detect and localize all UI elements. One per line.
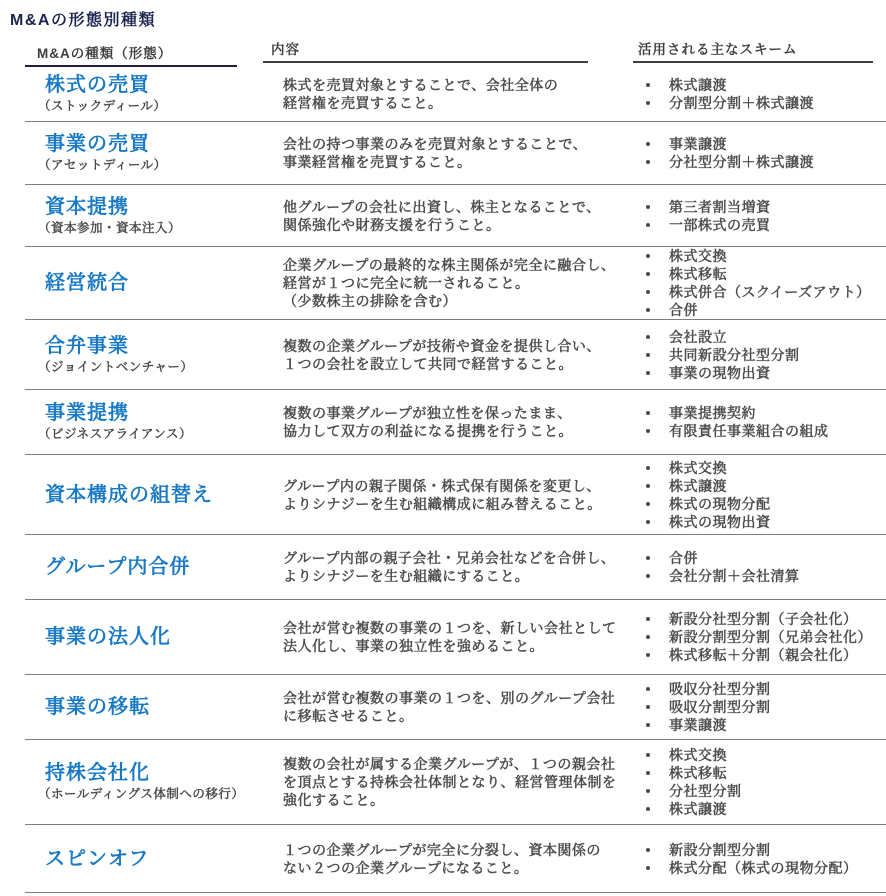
ma-type-subtitle: （ビジネスアライアンス） bbox=[38, 426, 263, 443]
scheme-label: 会社分割＋会社清算 bbox=[669, 567, 800, 585]
scheme-item: 株式の現物出資 bbox=[646, 513, 886, 531]
table-body: 株式の売買 （ストックディール） 株式を売買対象とすることで、会社全体の 経営権… bbox=[25, 67, 886, 893]
scheme-item: 株式譲渡 bbox=[646, 477, 886, 495]
scheme-item: 株式分配（株式の現物分配） bbox=[646, 859, 886, 877]
scheme-item: 事業譲渡 bbox=[646, 716, 886, 734]
scheme-label: 一部株式の売買 bbox=[669, 216, 771, 234]
column-header-description-label: 内容 bbox=[271, 38, 300, 58]
scheme-item: 株式交換 bbox=[646, 247, 886, 265]
bullet-icon bbox=[646, 142, 650, 146]
scheme-label: 株式併合（スクイーズアウト） bbox=[669, 283, 871, 301]
bullet-icon bbox=[646, 502, 650, 506]
bullet-icon bbox=[646, 866, 650, 870]
ma-type-title: 資本構成の組替え bbox=[38, 483, 263, 507]
scheme-label: 株式譲渡 bbox=[669, 477, 727, 495]
scheme-item: 株式譲渡 bbox=[646, 76, 886, 94]
scheme-item: 分割型分割＋株式譲渡 bbox=[646, 94, 886, 112]
table-row: 事業の法人化 会社が営む複数の事業の１つを、新しい会社として 法人化し、事業の独… bbox=[25, 600, 886, 675]
table-header-row: M&Aの種類（形態） 内容 活用される主なスキーム bbox=[25, 40, 886, 67]
scheme-label: 事業譲渡 bbox=[669, 135, 727, 153]
ma-type-title: 株式の売買 bbox=[38, 73, 263, 97]
table-row: 合弁事業 （ジョイントベンチャー） 複数の企業グループが技術や資金を提供し合い、… bbox=[25, 320, 886, 390]
ma-type-title: 資本提携 bbox=[38, 195, 263, 219]
scheme-label: 株式譲渡 bbox=[669, 76, 727, 94]
schemes-list: 株式交換株式譲渡株式の現物分配株式の現物出資 bbox=[633, 459, 886, 531]
scheme-label: 株式交換 bbox=[669, 247, 727, 265]
table-row: 事業の売買 （アセットディール） 会社の持つ事業のみを売買対象とすることで、 事… bbox=[25, 122, 886, 185]
bullet-icon bbox=[646, 574, 650, 578]
table-row: 経営統合 企業グループの最終的な株主関係が完全に融合し、 経営が１つに完全に統一… bbox=[25, 247, 886, 320]
ma-type-title: 事業の法人化 bbox=[38, 625, 263, 649]
scheme-item: 株式交換 bbox=[646, 459, 886, 477]
scheme-item: 共同新設分社型分割 bbox=[646, 346, 886, 364]
table-row: 資本構成の組替え グループ内の親子関係・株式保有関係を変更し、 よりシナジーを生… bbox=[25, 455, 886, 535]
scheme-label: 株式移転 bbox=[669, 764, 727, 782]
bullet-icon bbox=[646, 308, 650, 312]
bullet-icon bbox=[646, 520, 650, 524]
table-row: 持株会社化 （ホールディングス体制への移行） 複数の会社が属する企業グループが、… bbox=[25, 740, 886, 825]
page-title: M&Aの形態別種類 bbox=[10, 7, 156, 30]
ma-type-cell: グループ内合併 bbox=[25, 555, 263, 579]
schemes-list: 株式交換株式移転株式併合（スクイーズアウト）合併 bbox=[633, 247, 886, 319]
ma-type-cell: 事業の法人化 bbox=[25, 625, 263, 649]
schemes-list: 会社設立共同新設分社型分割事業の現物出資 bbox=[633, 328, 886, 382]
ma-type-title: 合弁事業 bbox=[38, 334, 263, 358]
table-row: 資本提携 （資本参加・資本注入） 他グループの会社に出資し、株主となることで、 … bbox=[25, 185, 886, 247]
scheme-item: 会社分割＋会社清算 bbox=[646, 567, 886, 585]
schemes-list: 事業譲渡分社型分割＋株式譲渡 bbox=[633, 135, 886, 171]
scheme-item: 一部株式の売買 bbox=[646, 216, 886, 234]
column-header-schemes: 活用される主なスキーム bbox=[633, 40, 873, 63]
scheme-item: 分社型分割＋株式譲渡 bbox=[646, 153, 886, 171]
schemes-list: 株式譲渡分割型分割＋株式譲渡 bbox=[633, 76, 886, 112]
bullet-icon bbox=[646, 254, 650, 258]
schemes-list: 株式交換株式移転分社型分割株式譲渡 bbox=[633, 746, 886, 818]
scheme-item: 新設分割型分割 bbox=[646, 841, 886, 859]
ma-type-cell: 合弁事業 （ジョイントベンチャー） bbox=[25, 334, 263, 376]
bullet-icon bbox=[646, 848, 650, 852]
scheme-label: 事業の現物出資 bbox=[669, 364, 771, 382]
ma-type-title: 事業の移転 bbox=[38, 695, 263, 719]
scheme-item: 株式の現物分配 bbox=[646, 495, 886, 513]
ma-type-cell: 経営統合 bbox=[25, 271, 263, 295]
table-row: グループ内合併 グループ内部の親子会社・兄弟会社などを合併し、 よりシナジーを生… bbox=[25, 535, 886, 600]
ma-type-cell: 事業の移転 bbox=[25, 695, 263, 719]
scheme-item: 株式移転 bbox=[646, 764, 886, 782]
schemes-list: 第三者割当増資一部株式の売買 bbox=[633, 198, 886, 234]
ma-type-subtitle: （ホールディングス体制への移行） bbox=[38, 786, 263, 803]
scheme-item: 第三者割当増資 bbox=[646, 198, 886, 216]
scheme-item: 合併 bbox=[646, 301, 886, 319]
ma-type-title: 事業提携 bbox=[38, 401, 263, 425]
bullet-icon bbox=[646, 753, 650, 757]
scheme-label: 新設分割型分割（兄弟会社化） bbox=[669, 628, 872, 646]
scheme-label: 第三者割当増資 bbox=[669, 198, 771, 216]
scheme-label: 株式の現物分配 bbox=[669, 495, 771, 513]
description-cell: 複数の会社が属する企業グループが、１つの親会社 を頂点とする持株会社体制となり、… bbox=[263, 755, 633, 809]
description-cell: 会社が営む複数の事業の１つを、新しい会社として 法人化し、事業の独立性を強めるこ… bbox=[263, 619, 633, 655]
bullet-icon bbox=[646, 205, 650, 209]
schemes-list: 吸収分社型分割吸収分割型分割事業譲渡 bbox=[633, 680, 886, 734]
bullet-icon bbox=[646, 617, 650, 621]
scheme-item: 株式併合（スクイーズアウト） bbox=[646, 283, 886, 301]
bullet-icon bbox=[646, 223, 650, 227]
bullet-icon bbox=[646, 272, 650, 276]
bullet-icon bbox=[646, 556, 650, 560]
description-cell: グループ内の親子関係・株式保有関係を変更し、 よりシナジーを生む組織構成に組み替… bbox=[263, 477, 633, 513]
description-cell: 複数の事業グループが独立性を保ったまま、 協力して双方の利益になる提携を行うこと… bbox=[263, 404, 633, 440]
scheme-item: 事業の現物出資 bbox=[646, 364, 886, 382]
scheme-label: 合併 bbox=[669, 549, 698, 567]
ma-type-title: 経営統合 bbox=[38, 271, 263, 295]
scheme-item: 吸収分社型分割 bbox=[646, 680, 886, 698]
scheme-item: 株式移転＋分割（親会社化） bbox=[646, 646, 886, 664]
scheme-item: 新設分割型分割（兄弟会社化） bbox=[646, 628, 886, 646]
description-cell: 企業グループの最終的な株主関係が完全に融合し、 経営が１つに完全に統一されること… bbox=[263, 256, 633, 310]
ma-type-cell: 資本構成の組替え bbox=[25, 483, 263, 507]
ma-type-cell: 持株会社化 （ホールディングス体制への移行） bbox=[25, 761, 263, 803]
scheme-item: 株式交換 bbox=[646, 746, 886, 764]
scheme-item: 事業譲渡 bbox=[646, 135, 886, 153]
ma-type-cell: 事業提携 （ビジネスアライアンス） bbox=[25, 401, 263, 443]
scheme-item: 株式移転 bbox=[646, 265, 886, 283]
column-header-schemes-label: 活用される主なスキーム bbox=[638, 38, 798, 58]
ma-type-cell: 事業の売買 （アセットディール） bbox=[25, 132, 263, 174]
schemes-list: 合併会社分割＋会社清算 bbox=[633, 549, 886, 585]
table-row: 事業の移転 会社が営む複数の事業の１つを、別のグループ会社 に移転させること。 … bbox=[25, 675, 886, 740]
scheme-label: 分社型分割＋株式譲渡 bbox=[669, 153, 814, 171]
description-cell: 会社が営む複数の事業の１つを、別のグループ会社 に移転させること。 bbox=[263, 689, 633, 725]
bullet-icon bbox=[646, 371, 650, 375]
bullet-icon bbox=[646, 411, 650, 415]
bullet-icon bbox=[646, 290, 650, 294]
scheme-label: 株式分配（株式の現物分配） bbox=[669, 859, 858, 877]
ma-type-subtitle: （アセットディール） bbox=[38, 157, 263, 174]
scheme-item: 会社設立 bbox=[646, 328, 886, 346]
ma-type-cell: 資本提携 （資本参加・資本注入） bbox=[25, 195, 263, 237]
bullet-icon bbox=[646, 723, 650, 727]
description-cell: 会社の持つ事業のみを売買対象とすることで、 事業経営権を売買すること。 bbox=[263, 135, 633, 171]
bullet-icon bbox=[646, 653, 650, 657]
bullet-icon bbox=[646, 484, 650, 488]
bullet-icon bbox=[646, 335, 650, 339]
ma-type-cell: 株式の売買 （ストックディール） bbox=[25, 73, 263, 115]
scheme-item: 分社型分割 bbox=[646, 782, 886, 800]
bullet-icon bbox=[646, 687, 650, 691]
scheme-label: 株式譲渡 bbox=[669, 800, 727, 818]
scheme-label: 会社設立 bbox=[669, 328, 727, 346]
scheme-label: 吸収分割型分割 bbox=[669, 698, 771, 716]
bullet-icon bbox=[646, 807, 650, 811]
scheme-label: 吸収分社型分割 bbox=[669, 680, 771, 698]
scheme-label: 株式移転＋分割（親会社化） bbox=[669, 646, 858, 664]
scheme-label: 新設分割型分割 bbox=[669, 841, 771, 859]
scheme-label: 分割型分割＋株式譲渡 bbox=[669, 94, 814, 112]
scheme-label: 株式の現物出資 bbox=[669, 513, 771, 531]
scheme-item: 株式譲渡 bbox=[646, 800, 886, 818]
column-header-type: M&Aの種類（形態） bbox=[25, 41, 237, 67]
scheme-item: 有限責任事業組合の組成 bbox=[646, 422, 886, 440]
scheme-item: 事業提携契約 bbox=[646, 404, 886, 422]
column-header-description: 内容 bbox=[263, 40, 588, 63]
bullet-icon bbox=[646, 101, 650, 105]
schemes-list: 新設分社型分割（子会社化）新設分割型分割（兄弟会社化）株式移転＋分割（親会社化） bbox=[633, 610, 886, 664]
bullet-icon bbox=[646, 635, 650, 639]
scheme-label: 共同新設分社型分割 bbox=[669, 346, 800, 364]
schemes-list: 事業提携契約有限責任事業組合の組成 bbox=[633, 404, 886, 440]
scheme-item: 新設分社型分割（子会社化） bbox=[646, 610, 886, 628]
description-cell: １つの企業グループが完全に分裂し、資本関係の ない２つの企業グループになること。 bbox=[263, 841, 633, 877]
bullet-icon bbox=[646, 705, 650, 709]
scheme-label: 株式交換 bbox=[669, 459, 727, 477]
scheme-label: 事業譲渡 bbox=[669, 716, 727, 734]
table-row: 事業提携 （ビジネスアライアンス） 複数の事業グループが独立性を保ったまま、 協… bbox=[25, 390, 886, 455]
ma-type-title: 持株会社化 bbox=[38, 761, 263, 785]
bullet-icon bbox=[646, 353, 650, 357]
bullet-icon bbox=[646, 771, 650, 775]
scheme-label: 株式移転 bbox=[669, 265, 727, 283]
bullet-icon bbox=[646, 160, 650, 164]
bullet-icon bbox=[646, 429, 650, 433]
table-row: スピンオフ １つの企業グループが完全に分裂し、資本関係の ない２つの企業グループ… bbox=[25, 825, 886, 893]
ma-type-subtitle: （ジョイントベンチャー） bbox=[38, 359, 263, 376]
schemes-list: 新設分割型分割株式分配（株式の現物分配） bbox=[633, 841, 886, 877]
ma-type-title: スピンオフ bbox=[38, 847, 263, 871]
bullet-icon bbox=[646, 789, 650, 793]
ma-type-cell: スピンオフ bbox=[25, 847, 263, 871]
scheme-label: 合併 bbox=[669, 301, 698, 319]
ma-type-subtitle: （資本参加・資本注入） bbox=[38, 220, 263, 237]
scheme-label: 有限責任事業組合の組成 bbox=[669, 422, 829, 440]
scheme-item: 合併 bbox=[646, 549, 886, 567]
column-header-type-label: M&Aの種類（形態） bbox=[37, 42, 172, 62]
description-cell: 複数の企業グループが技術や資金を提供し合い、 １つの会社を設立して共同で経営する… bbox=[263, 337, 633, 373]
bullet-icon bbox=[646, 83, 650, 87]
ma-type-subtitle: （ストックディール） bbox=[38, 98, 263, 115]
description-cell: グループ内部の親子会社・兄弟会社などを合併し、 よりシナジーを生む組織にすること… bbox=[263, 549, 633, 585]
scheme-label: 分社型分割 bbox=[669, 782, 742, 800]
description-cell: 株式を売買対象とすることで、会社全体の 経営権を売買すること。 bbox=[263, 76, 633, 112]
scheme-label: 新設分社型分割（子会社化） bbox=[669, 610, 858, 628]
ma-types-table: M&Aの種類（形態） 内容 活用される主なスキーム 株式の売買 （ストックディー… bbox=[25, 40, 886, 893]
scheme-label: 事業提携契約 bbox=[669, 404, 756, 422]
ma-type-title: 事業の売買 bbox=[38, 132, 263, 156]
scheme-item: 吸収分割型分割 bbox=[646, 698, 886, 716]
description-cell: 他グループの会社に出資し、株主となることで、 関係強化や財務支援を行うこと。 bbox=[263, 198, 633, 234]
bullet-icon bbox=[646, 466, 650, 470]
scheme-label: 株式交換 bbox=[669, 746, 727, 764]
ma-type-title: グループ内合併 bbox=[38, 555, 263, 579]
slide-page: M&Aの形態別種類 M&Aの種類（形態） 内容 活用される主なスキーム 株式の売… bbox=[0, 0, 886, 896]
table-row: 株式の売買 （ストックディール） 株式を売買対象とすることで、会社全体の 経営権… bbox=[25, 67, 886, 122]
